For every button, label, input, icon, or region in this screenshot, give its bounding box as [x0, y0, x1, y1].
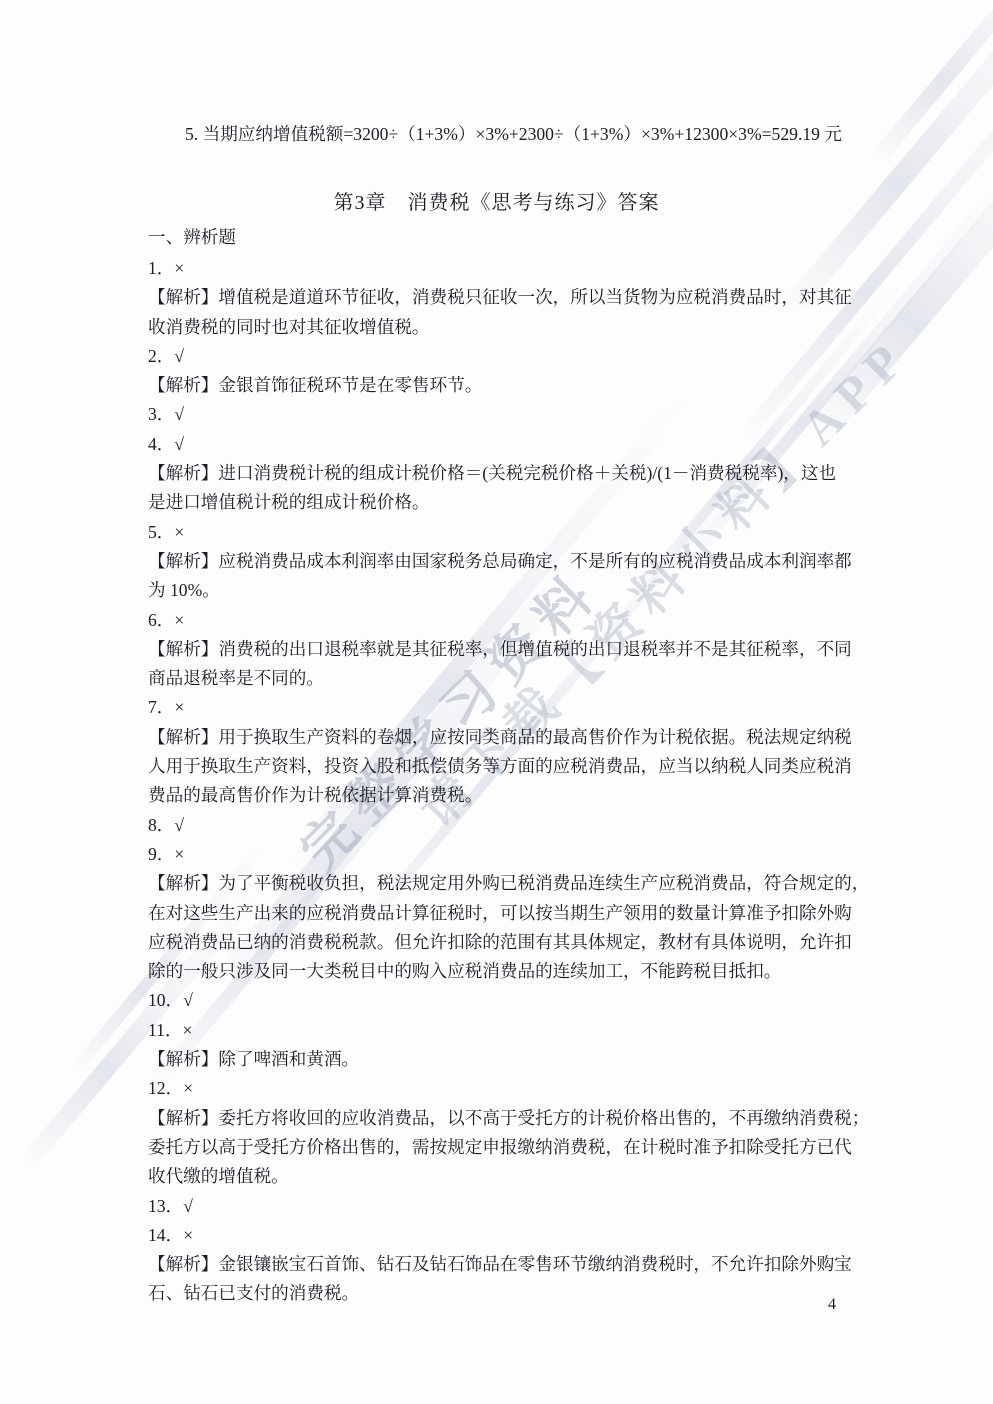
chapter-title: 第3章 消费税《思考与练习》答案 — [0, 186, 993, 215]
answer-item-label: 4．√ — [148, 430, 860, 459]
analysis-line: 委托方以高于受托方价格出售的，需按规定申报缴纳消费税，在计税时准予扣除受托方已代 — [148, 1133, 860, 1162]
analysis-line: 应税消费品已纳的消费税税款。但允许扣除的范围有其具体规定，教材有具体说明，允许扣 — [148, 928, 860, 957]
analysis-line: 费品的最高售价作为计税依据计算消费税。 — [148, 781, 860, 810]
analysis-line: 除的一般只涉及同一大类税目中的购入应税消费品的连续加工，不能跨税目抵扣。 — [148, 957, 860, 986]
analysis-line: 人用于换取生产资料，投资入股和抵偿债务等方面的应税消费品，应当以纳税人同类应税消 — [148, 752, 860, 781]
analysis-line: 【解析】委托方将收回的应收消费品，以不高于受托方的计税价格出售的，不再缴纳消费税… — [148, 1104, 860, 1133]
answer-item-label: 7．× — [148, 693, 860, 722]
analysis-line: 【解析】金银镶嵌宝石首饰、钻石及钻石饰品在零售环节缴纳消费税时，不允许扣除外购宝 — [148, 1250, 860, 1279]
answer-list: 1．×【解析】增值税是道道环节征收，消费税只征收一次，所以当货物为应税消费品时，… — [148, 254, 860, 1309]
analysis-line: 【解析】进口消费税计税的组成计税价格＝(关税完税价格＋关税)/(1－消费税税率)… — [148, 459, 860, 488]
page-number: 4 — [828, 1296, 836, 1314]
section-title: 一、辨析题 — [148, 224, 236, 249]
answer-item-label: 5．× — [148, 518, 860, 547]
answer-item-label: 3．√ — [148, 400, 860, 429]
answer-item-label: 14．× — [148, 1221, 860, 1250]
analysis-line: 【解析】除了啤酒和黄酒。 — [148, 1045, 860, 1074]
answer-item-label: 12．× — [148, 1074, 860, 1103]
analysis-line: 【解析】为了平衡税收负担，税法规定用外购已税消费品连续生产应税消费品，符合规定的… — [148, 869, 860, 898]
analysis-line: 【解析】消费税的出口退税率就是其征税率，但增值税的出口退税率并不是其征税率，不同 — [148, 635, 860, 664]
analysis-line: 收代缴的增值税。 — [148, 1162, 860, 1191]
analysis-line: 【解析】用于换取生产资料的卷烟，应按同类商品的最高售价作为计税依据。税法规定纳税 — [148, 723, 860, 752]
answer-item-label: 13．√ — [148, 1192, 860, 1221]
answer-item-label: 2．√ — [148, 342, 860, 371]
answer-item-label: 8．√ — [148, 811, 860, 840]
analysis-line: 是进口增值税计税的组成计税价格。 — [148, 488, 860, 517]
analysis-line: 【解析】增值税是道道环节征收，消费税只征收一次，所以当货物为应税消费品时，对其征 — [148, 283, 860, 312]
answer-item-label: 9．× — [148, 840, 860, 869]
analysis-line: 收消费税的同时也对其征收增值税。 — [148, 313, 860, 342]
answer-item-label: 11．× — [148, 1016, 860, 1045]
analysis-line: 【解析】应税消费品成本利润率由国家税务总局确定，不是所有的应税消费品成本利润率都 — [148, 547, 860, 576]
analysis-line: 石、钻石已支付的消费税。 — [148, 1279, 860, 1308]
vat-formula-line: 5. 当期应纳增值税额=3200÷（1+3%）×3%+2300÷（1+3%）×3… — [185, 122, 905, 146]
analysis-line: 【解析】金银首饰征税环节是在零售环节。 — [148, 371, 860, 400]
page-content: 5. 当期应纳增值税额=3200÷（1+3%）×3%+2300÷（1+3%）×3… — [0, 0, 993, 1404]
analysis-line: 在对这些生产出来的应税消费品计算征税时，可以按当期生产领用的数量计算准予扣除外购 — [148, 899, 860, 928]
analysis-line: 为 10%。 — [148, 576, 860, 605]
answer-item-label: 1．× — [148, 254, 860, 283]
analysis-line: 商品退税率是不同的。 — [148, 664, 860, 693]
answer-item-label: 6．× — [148, 606, 860, 635]
answer-item-label: 10．√ — [148, 986, 860, 1015]
document-page: 完整学习资料 请下载【资料小料】APP 5. 当期应纳增值税额=3200÷（1+… — [0, 0, 993, 1404]
